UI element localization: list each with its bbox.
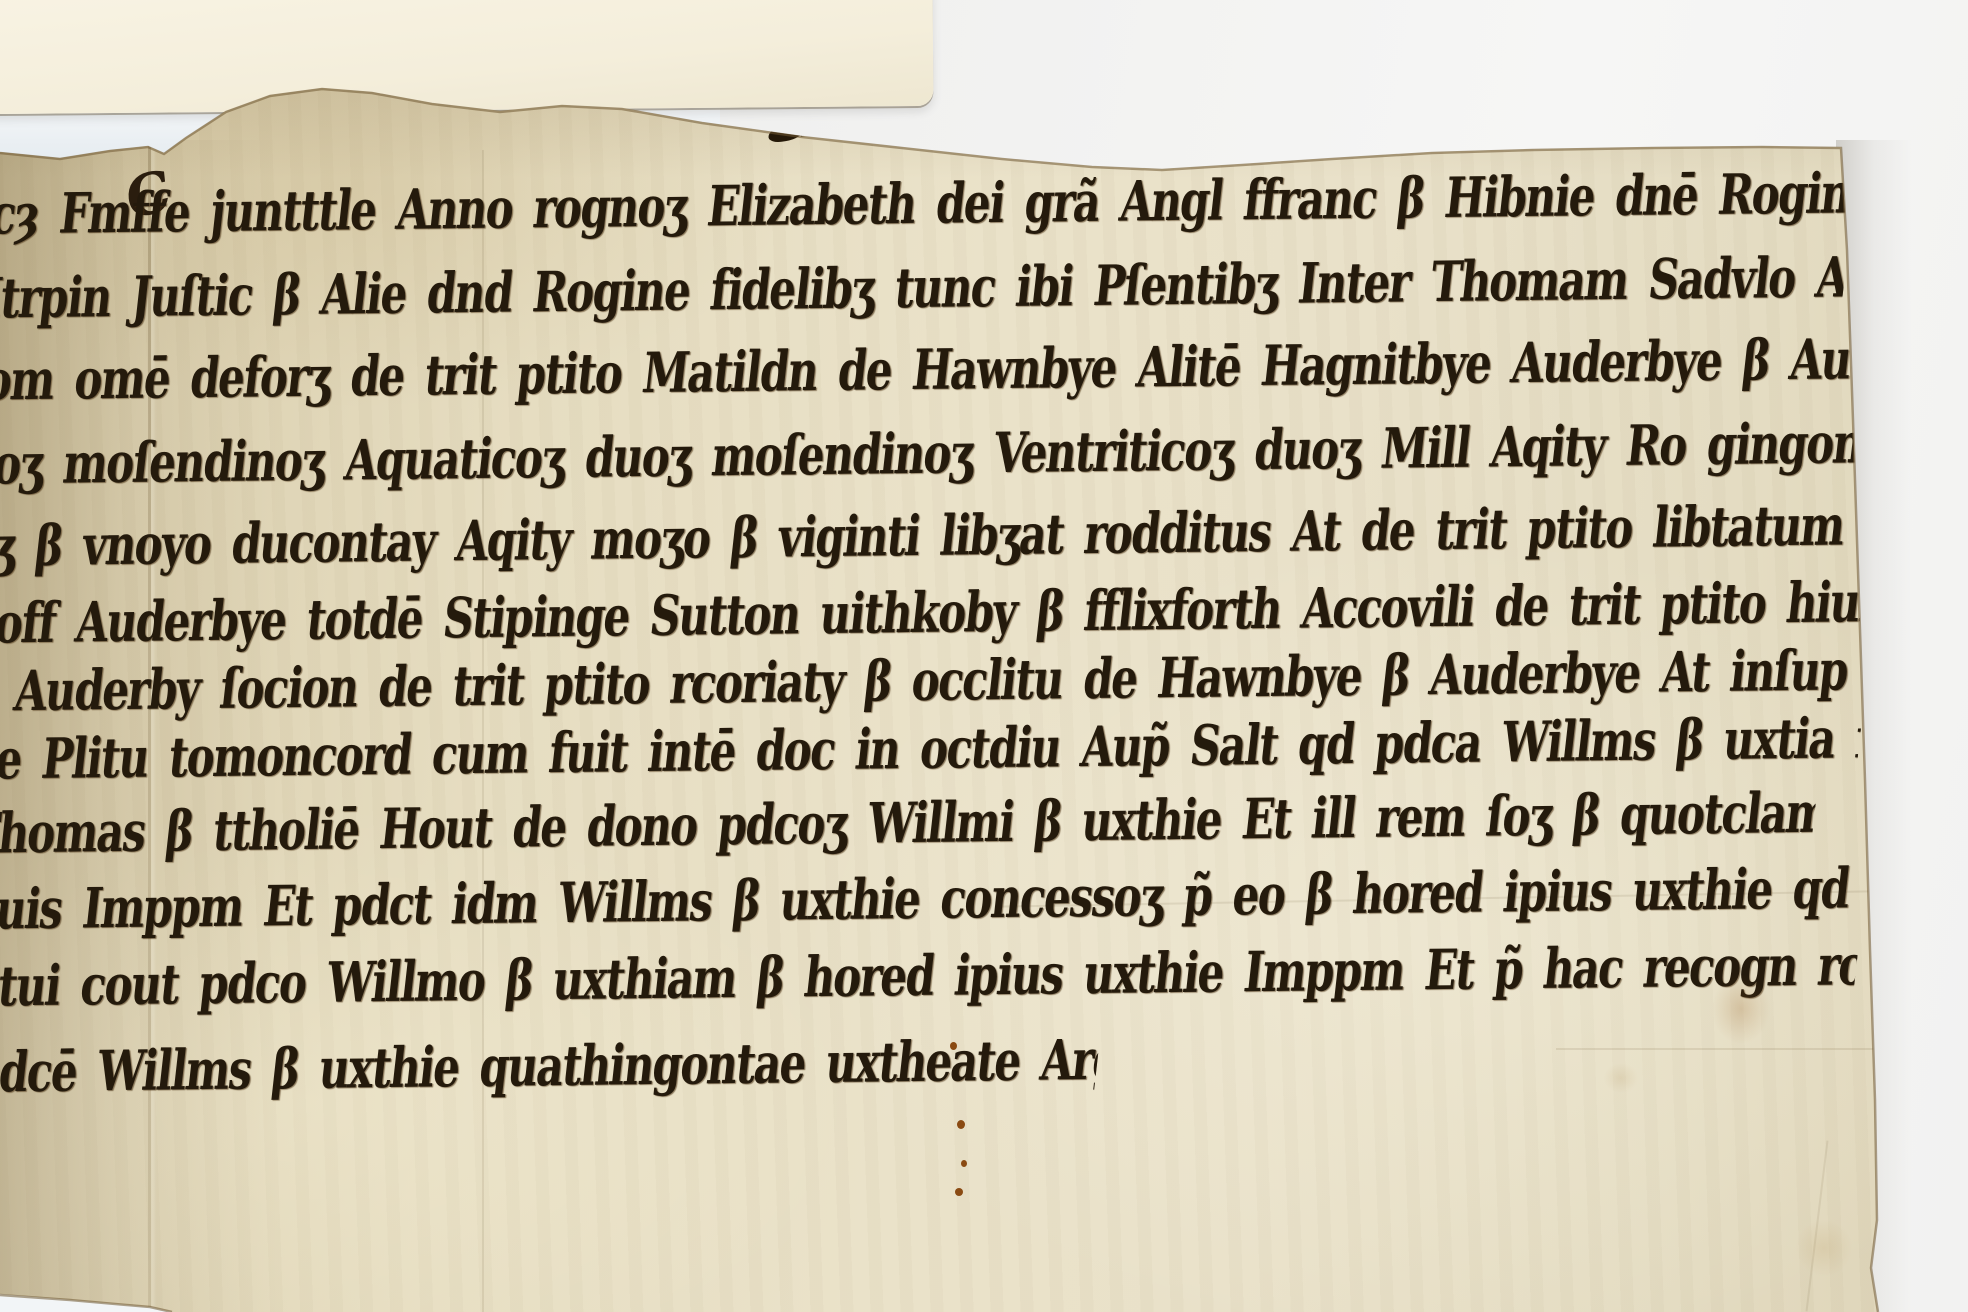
manuscript-text-block: ncȝ Fmffe juntttle Anno rognoʒ Elizabeth…: [0, 0, 1968, 1312]
underlying-document-card: [0, 0, 934, 114]
parchment-stain: [1712, 974, 1770, 1044]
stain-dot: [955, 1188, 963, 1196]
stain-dot: [957, 1120, 965, 1129]
parchment-stain: [1598, 1058, 1644, 1098]
photograph-of-manuscript: p̃ ſſm̃ C ncȝ Fmffe juntttle Anno rognoʒ…: [0, 0, 1968, 1312]
script-line: pdcē Willms β uxthie quathingontae uxthe…: [0, 1014, 1103, 1154]
docket-fragment-text: p̃ ſſm̃: [1691, 112, 1827, 147]
parchment-stain: [1786, 1210, 1862, 1286]
stain-dot: [950, 1042, 957, 1050]
vellum-deed: p̃ ſſm̃ C ncȝ Fmffe juntttle Anno rognoʒ…: [0, 0, 1968, 1312]
stain-dot: [961, 1160, 967, 1167]
